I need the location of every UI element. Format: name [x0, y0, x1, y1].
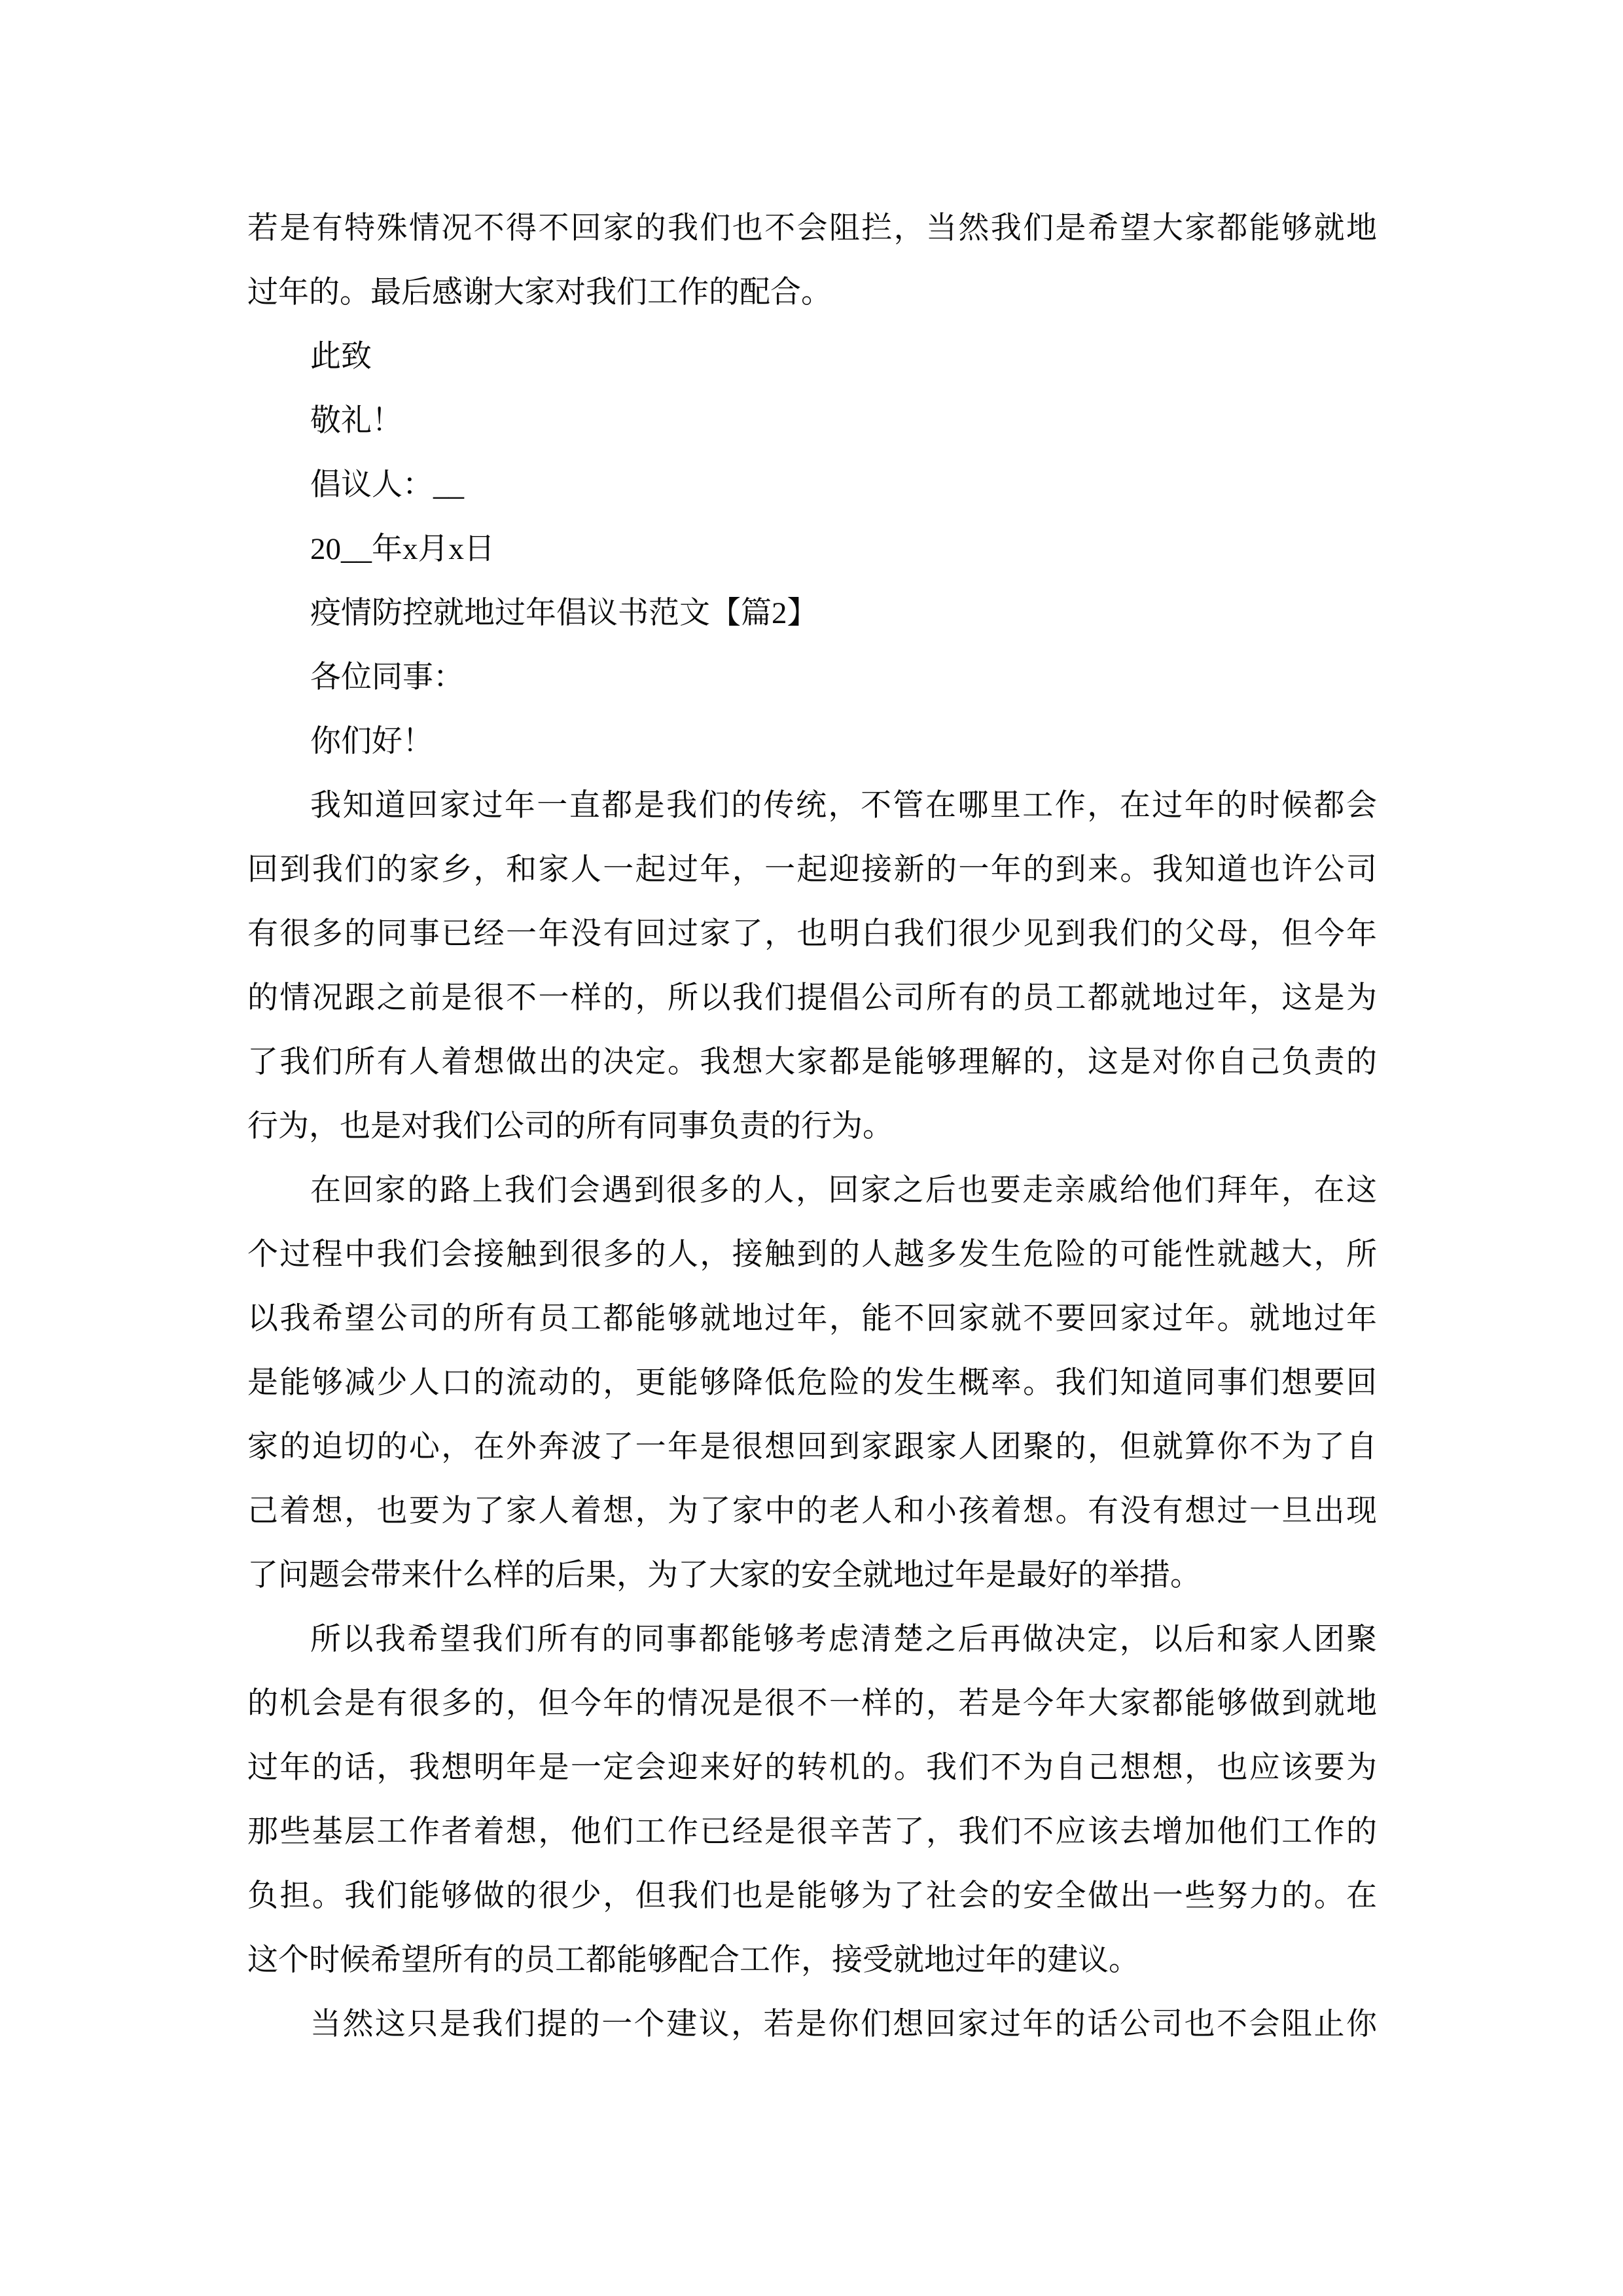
text-line: 了问题会带来什么样的后果，为了大家的安全就地过年是最好的举措。: [247, 1543, 1377, 1607]
text-line: 负担。我们能够做的很少，但我们也是能够为了社会的安全做出一些努力的。在: [247, 1864, 1377, 1928]
text-line: 倡议人：__: [247, 453, 1377, 517]
text-line: 那些基层工作者着想，他们工作已经是很辛苦了，我们不应该去增加他们工作的: [247, 1800, 1377, 1864]
text-line: 己着想，也要为了家人着想，为了家中的老人和小孩着想。有没有想过一旦出现: [247, 1479, 1377, 1543]
text-line: 当然这只是我们提的一个建议，若是你们想回家过年的话公司也不会阻止你: [247, 1992, 1377, 2056]
letter-body: 若是有特殊情况不得不回家的我们也不会阻拦，当然我们是希望大家都能够就地过年的。最…: [247, 196, 1377, 2056]
text-line: 的机会是有很多的，但今年的情况是很不一样的，若是今年大家都能够做到就地: [247, 1672, 1377, 1736]
text-line: 敬礼！: [247, 389, 1377, 453]
text-line: 在回家的路上我们会遇到很多的人，回家之后也要走亲戚给他们拜年，在这: [247, 1158, 1377, 1223]
text-line: 你们好！: [247, 709, 1377, 774]
text-line: 的情况跟之前是很不一样的，所以我们提倡公司所有的员工都就地过年，这是为: [247, 966, 1377, 1030]
text-line: 个过程中我们会接触到很多的人，接触到的人越多发生危险的可能性就越大，所: [247, 1223, 1377, 1287]
text-line: 是能够减少人口的流动的，更能够降低危险的发生概率。我们知道同事们想要回: [247, 1351, 1377, 1415]
text-line: 若是有特殊情况不得不回家的我们也不会阻拦，当然我们是希望大家都能够就地: [247, 196, 1377, 260]
text-line: 此致: [247, 325, 1377, 389]
text-line: 回到我们的家乡，和家人一起过年，一起迎接新的一年的到来。我知道也许公司: [247, 838, 1377, 902]
text-line: 行为，也是对我们公司的所有同事负责的行为。: [247, 1094, 1377, 1158]
text-line: 有很多的同事已经一年没有回过家了，也明白我们很少见到我们的父母，但今年: [247, 902, 1377, 966]
text-line: 各位同事：: [247, 645, 1377, 709]
text-line: 过年的话，我想明年是一定会迎来好的转机的。我们不为自己想想，也应该要为: [247, 1736, 1377, 1800]
text-line: 我知道回家过年一直都是我们的传统，不管在哪里工作，在过年的时候都会: [247, 774, 1377, 838]
text-line: 所以我希望我们所有的同事都能够考虑清楚之后再做决定，以后和家人团聚: [247, 1607, 1377, 1672]
text-line: 家的迫切的心，在外奔波了一年是很想回到家跟家人团聚的，但就算你不为了自: [247, 1415, 1377, 1479]
text-line: 这个时候希望所有的员工都能够配合工作，接受就地过年的建议。: [247, 1928, 1377, 1992]
text-line: 20__年x月x日: [247, 517, 1377, 581]
text-line: 过年的。最后感谢大家对我们工作的配合。: [247, 260, 1377, 325]
text-line: 疫情防控就地过年倡议书范文【篇2】: [247, 581, 1377, 645]
text-line: 了我们所有人着想做出的决定。我想大家都是能够理解的，这是对你自己负责的: [247, 1030, 1377, 1094]
text-line: 以我希望公司的所有员工都能够就地过年，能不回家就不要回家过年。就地过年: [247, 1287, 1377, 1351]
document-page: 若是有特殊情况不得不回家的我们也不会阻拦，当然我们是希望大家都能够就地过年的。最…: [0, 0, 1623, 2296]
